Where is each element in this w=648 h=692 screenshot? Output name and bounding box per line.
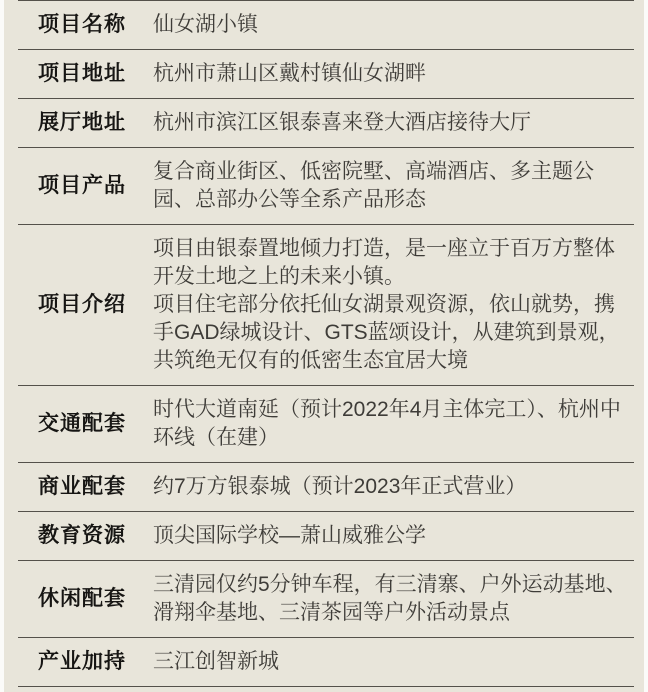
- table-row: 项目名称 仙女湖小镇: [18, 0, 634, 49]
- row-value: 约7万方银泰城（预计2023年正式营业）: [153, 473, 631, 501]
- table-row: 项目地址 杭州市萧山区戴村镇仙女湖畔: [18, 49, 634, 98]
- row-label: 项目地址: [18, 60, 133, 88]
- table-row: 产业加持 三江创智新城: [18, 637, 634, 687]
- row-label: 休闲配套: [18, 585, 133, 613]
- table-row: 交通配套 时代大道南延（预计2022年4月主体完工）、杭州中环线（在建）: [18, 385, 634, 462]
- row-value: 杭州市萧山区戴村镇仙女湖畔: [153, 60, 631, 88]
- table-row: 展厅地址 杭州市滨江区银泰喜来登大酒店接待大厅: [18, 98, 634, 147]
- row-value: 三清园仅约5分钟车程，有三清寨、户外运动基地、滑翔伞基地、三清茶园等户外活动景点: [153, 571, 631, 627]
- row-label: 项目名称: [18, 11, 133, 39]
- table-row: 商业配套 约7万方银泰城（预计2023年正式营业）: [18, 462, 634, 511]
- row-value: 顶尖国际学校—萧山威雅公学: [153, 522, 631, 550]
- row-value: 时代大道南延（预计2022年4月主体完工）、杭州中环线（在建）: [153, 396, 631, 452]
- row-label: 产业加持: [18, 648, 133, 676]
- row-label: 商业配套: [18, 473, 133, 501]
- project-info-table: 项目名称 仙女湖小镇 项目地址 杭州市萧山区戴村镇仙女湖畔 展厅地址 杭州市滨江…: [18, 0, 634, 687]
- row-label: 教育资源: [18, 522, 133, 550]
- project-info-panel: 项目名称 仙女湖小镇 项目地址 杭州市萧山区戴村镇仙女湖畔 展厅地址 杭州市滨江…: [4, 0, 644, 692]
- row-value: 三江创智新城: [153, 648, 631, 676]
- table-row: 休闲配套 三清园仅约5分钟车程，有三清寨、户外运动基地、滑翔伞基地、三清茶园等户…: [18, 560, 634, 637]
- row-value: 仙女湖小镇: [153, 11, 631, 39]
- table-row: 教育资源 顶尖国际学校—萧山威雅公学: [18, 511, 634, 560]
- table-row: 项目产品 复合商业街区、低密院墅、高端酒店、多主题公园、总部办公等全系产品形态: [18, 147, 634, 224]
- row-value: 复合商业街区、低密院墅、高端酒店、多主题公园、总部办公等全系产品形态: [153, 158, 631, 214]
- table-row: 项目介绍 项目由银泰置地倾力打造，是一座立于百万方整体开发土地之上的未来小镇。 …: [18, 224, 634, 385]
- row-label: 项目产品: [18, 172, 133, 200]
- row-label: 交通配套: [18, 410, 133, 438]
- row-label: 项目介绍: [18, 291, 133, 319]
- row-value: 项目由银泰置地倾力打造，是一座立于百万方整体开发土地之上的未来小镇。 项目住宅部…: [153, 235, 631, 375]
- row-value: 杭州市滨江区银泰喜来登大酒店接待大厅: [153, 109, 631, 137]
- row-label: 展厅地址: [18, 109, 133, 137]
